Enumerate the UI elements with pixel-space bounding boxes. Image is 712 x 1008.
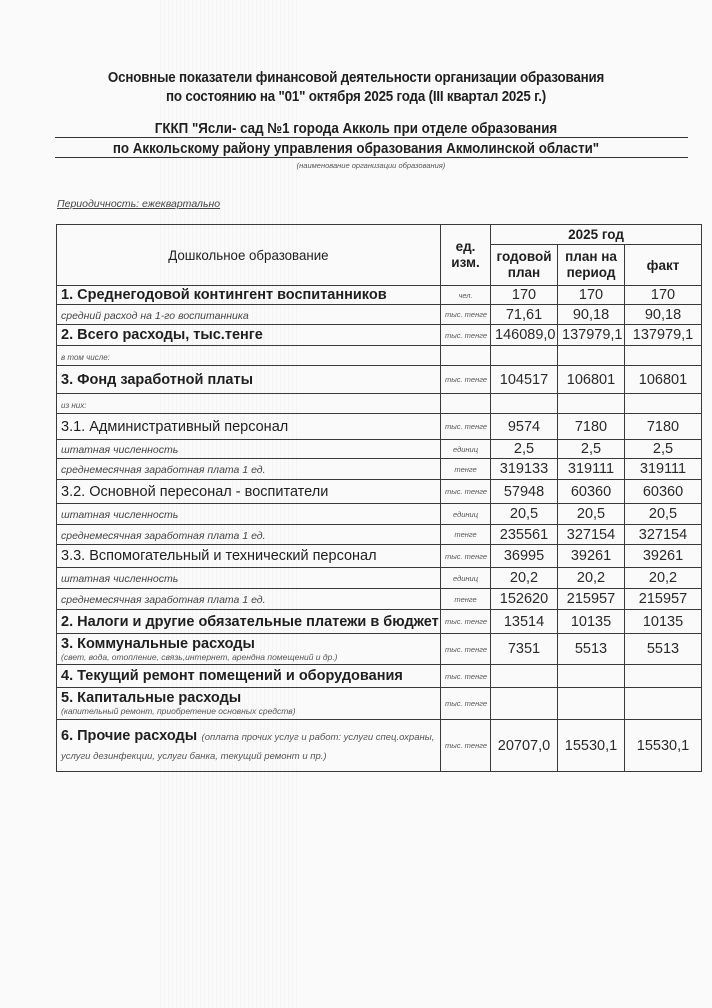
cell-annual-plan xyxy=(491,665,558,688)
row-unit: единиц xyxy=(441,440,491,459)
table-row: 5. Капитальные расходы(капительный ремон… xyxy=(57,688,702,720)
cell-annual-plan: 9574 xyxy=(491,414,558,440)
cell-period-plan xyxy=(558,688,625,720)
cell-fact: 39261 xyxy=(625,545,702,568)
cell-fact: 20,5 xyxy=(625,504,702,525)
cell-annual-plan: 2,5 xyxy=(491,440,558,459)
row-label: в том числе: xyxy=(57,346,441,366)
row-unit: тыс. тенге xyxy=(441,610,491,634)
cell-period-plan: 215957 xyxy=(558,589,625,610)
row-label: штатная численность xyxy=(57,440,441,459)
table-row: 2. Всего расходы, тыс.тенгетыс. тенге146… xyxy=(57,325,702,346)
cell-annual-plan: 13514 xyxy=(491,610,558,634)
cell-fact xyxy=(625,394,702,414)
document-title-line2: по состоянию на "01" октября 2025 года (… xyxy=(28,89,683,105)
cell-period-plan xyxy=(558,346,625,366)
table-row: среднемесячная заработная плата 1 ед.тен… xyxy=(57,525,702,545)
cell-period-plan xyxy=(558,394,625,414)
table-row: 1. Среднегодовой контингент воспитаннико… xyxy=(57,286,702,305)
table-row: 4. Текущий ремонт помещений и оборудован… xyxy=(57,665,702,688)
cell-fact: 20,2 xyxy=(625,568,702,589)
row-label: из них: xyxy=(57,394,441,414)
organization-caption: (наименование организации образования) xyxy=(0,161,712,170)
cell-annual-plan: 170 xyxy=(491,286,558,305)
row-unit: тыс. тенге xyxy=(441,325,491,346)
cell-period-plan: 10135 xyxy=(558,610,625,634)
row-label: 3.3. Вспомогательный и технический персо… xyxy=(57,545,441,568)
cell-annual-plan: 152620 xyxy=(491,589,558,610)
cell-annual-plan: 319133 xyxy=(491,459,558,480)
cell-period-plan xyxy=(558,665,625,688)
cell-fact xyxy=(625,346,702,366)
cell-annual-plan xyxy=(491,346,558,366)
cell-annual-plan: 57948 xyxy=(491,480,558,504)
table-row: средний расход на 1-го воспитанникатыс. … xyxy=(57,305,702,325)
row-unit: тыс. тенге xyxy=(441,634,491,665)
organization-name-line1: ГККП "Ясли- сад №1 города Акколь при отд… xyxy=(28,121,683,137)
row-label: 2. Налоги и другие обязательные платежи … xyxy=(57,610,441,634)
row-label: 3.1. Административный персонал xyxy=(57,414,441,440)
underline-2 xyxy=(55,157,688,158)
row-unit: тыс. тенге xyxy=(441,305,491,325)
cell-fact xyxy=(625,665,702,688)
cell-fact: 137979,1 xyxy=(625,325,702,346)
table-row: из них: xyxy=(57,394,702,414)
cell-annual-plan: 71,61 xyxy=(491,305,558,325)
cell-annual-plan: 7351 xyxy=(491,634,558,665)
cell-fact: 2,5 xyxy=(625,440,702,459)
table-row: среднемесячная заработная плата 1 ед.тен… xyxy=(57,589,702,610)
cell-period-plan: 319111 xyxy=(558,459,625,480)
row-label: среднемесячная заработная плата 1 ед. xyxy=(57,589,441,610)
row-label: среднемесячная заработная плата 1 ед. xyxy=(57,459,441,480)
cell-annual-plan: 104517 xyxy=(491,366,558,394)
row-unit: тыс. тенге xyxy=(441,688,491,720)
row-unit: тыс. тенге xyxy=(441,414,491,440)
row-unit: единиц xyxy=(441,568,491,589)
cell-period-plan: 20,2 xyxy=(558,568,625,589)
table-row: в том числе: xyxy=(57,346,702,366)
table-row: штатная численностьединиц20,520,520,5 xyxy=(57,504,702,525)
table-row: 3. Коммунальные расходы(свет, вода, отоп… xyxy=(57,634,702,665)
row-label: 4. Текущий ремонт помещений и оборудован… xyxy=(57,665,441,688)
cell-fact: 327154 xyxy=(625,525,702,545)
cell-period-plan: 170 xyxy=(558,286,625,305)
cell-period-plan: 20,5 xyxy=(558,504,625,525)
table-row: 3.2. Основной пересонал - воспитателитыс… xyxy=(57,480,702,504)
header-unit: ед. изм. xyxy=(441,225,491,286)
header-period-plan: план на период xyxy=(558,245,625,286)
cell-fact: 10135 xyxy=(625,610,702,634)
cell-annual-plan: 235561 xyxy=(491,525,558,545)
cell-fact: 60360 xyxy=(625,480,702,504)
financial-indicators-table: Дошкольное образование ед. изм. 2025 год… xyxy=(56,224,702,772)
row-label: 1. Среднегодовой контингент воспитаннико… xyxy=(57,286,441,305)
organization-name-line2: по Аккольскому району управления образов… xyxy=(28,141,683,157)
cell-period-plan: 60360 xyxy=(558,480,625,504)
table-row: среднемесячная заработная плата 1 ед.тен… xyxy=(57,459,702,480)
header-annual-plan: годовой план xyxy=(491,245,558,286)
row-unit: тенге xyxy=(441,459,491,480)
row-unit: тенге xyxy=(441,525,491,545)
table-row: 2. Налоги и другие обязательные платежи … xyxy=(57,610,702,634)
row-unit: тыс. тенге xyxy=(441,665,491,688)
table-row: 3.3. Вспомогательный и технический персо… xyxy=(57,545,702,568)
cell-annual-plan: 146089,0 xyxy=(491,325,558,346)
cell-period-plan: 137979,1 xyxy=(558,325,625,346)
row-label: 5. Капитальные расходы(капительный ремон… xyxy=(57,688,441,720)
row-label: 6. Прочие расходы (оплата прочих услуг и… xyxy=(57,720,441,772)
cell-fact: 7180 xyxy=(625,414,702,440)
row-unit: тыс. тенге xyxy=(441,545,491,568)
row-unit: чел. xyxy=(441,286,491,305)
cell-annual-plan xyxy=(491,688,558,720)
cell-period-plan: 106801 xyxy=(558,366,625,394)
row-label: 3. Фонд заработной платы xyxy=(57,366,441,394)
row-unit: тенге xyxy=(441,589,491,610)
row-label: среднемесячная заработная плата 1 ед. xyxy=(57,525,441,545)
table-row: 3.1. Административный персоналтыс. тенге… xyxy=(57,414,702,440)
table-row: 3. Фонд заработной платытыс. тенге104517… xyxy=(57,366,702,394)
cell-fact: 106801 xyxy=(625,366,702,394)
cell-fact: 215957 xyxy=(625,589,702,610)
header-name: Дошкольное образование xyxy=(57,225,441,286)
document-title-line1: Основные показатели финансовой деятельно… xyxy=(28,70,683,86)
cell-annual-plan: 20,5 xyxy=(491,504,558,525)
cell-annual-plan: 36995 xyxy=(491,545,558,568)
cell-annual-plan: 20707,0 xyxy=(491,720,558,772)
row-label: 3.2. Основной пересонал - воспитатели xyxy=(57,480,441,504)
row-unit: единиц xyxy=(441,504,491,525)
cell-fact: 15530,1 xyxy=(625,720,702,772)
row-label: средний расход на 1-го воспитанника xyxy=(57,305,441,325)
underline-1 xyxy=(55,137,688,138)
cell-period-plan: 327154 xyxy=(558,525,625,545)
row-unit: тыс. тенге xyxy=(441,366,491,394)
row-unit: тыс. тенге xyxy=(441,480,491,504)
cell-fact: 170 xyxy=(625,286,702,305)
row-label: 3. Коммунальные расходы(свет, вода, отоп… xyxy=(57,634,441,665)
row-label: штатная численность xyxy=(57,568,441,589)
cell-period-plan: 15530,1 xyxy=(558,720,625,772)
row-label: штатная численность xyxy=(57,504,441,525)
row-unit xyxy=(441,394,491,414)
cell-fact xyxy=(625,688,702,720)
cell-fact: 5513 xyxy=(625,634,702,665)
cell-annual-plan: 20,2 xyxy=(491,568,558,589)
cell-fact: 319111 xyxy=(625,459,702,480)
cell-period-plan: 7180 xyxy=(558,414,625,440)
cell-annual-plan xyxy=(491,394,558,414)
header-fact: факт xyxy=(625,245,702,286)
periodicity-label: Периодичность: ежеквартально xyxy=(57,198,220,210)
table-row: штатная численностьединиц20,220,220,2 xyxy=(57,568,702,589)
row-unit xyxy=(441,346,491,366)
table-row: штатная численностьединиц2,52,52,5 xyxy=(57,440,702,459)
cell-fact: 90,18 xyxy=(625,305,702,325)
cell-period-plan: 2,5 xyxy=(558,440,625,459)
row-label: 2. Всего расходы, тыс.тенге xyxy=(57,325,441,346)
header-year-group: 2025 год xyxy=(491,225,702,245)
cell-period-plan: 39261 xyxy=(558,545,625,568)
cell-period-plan: 5513 xyxy=(558,634,625,665)
table-row: 6. Прочие расходы (оплата прочих услуг и… xyxy=(57,720,702,772)
row-unit: тыс. тенге xyxy=(441,720,491,772)
cell-period-plan: 90,18 xyxy=(558,305,625,325)
